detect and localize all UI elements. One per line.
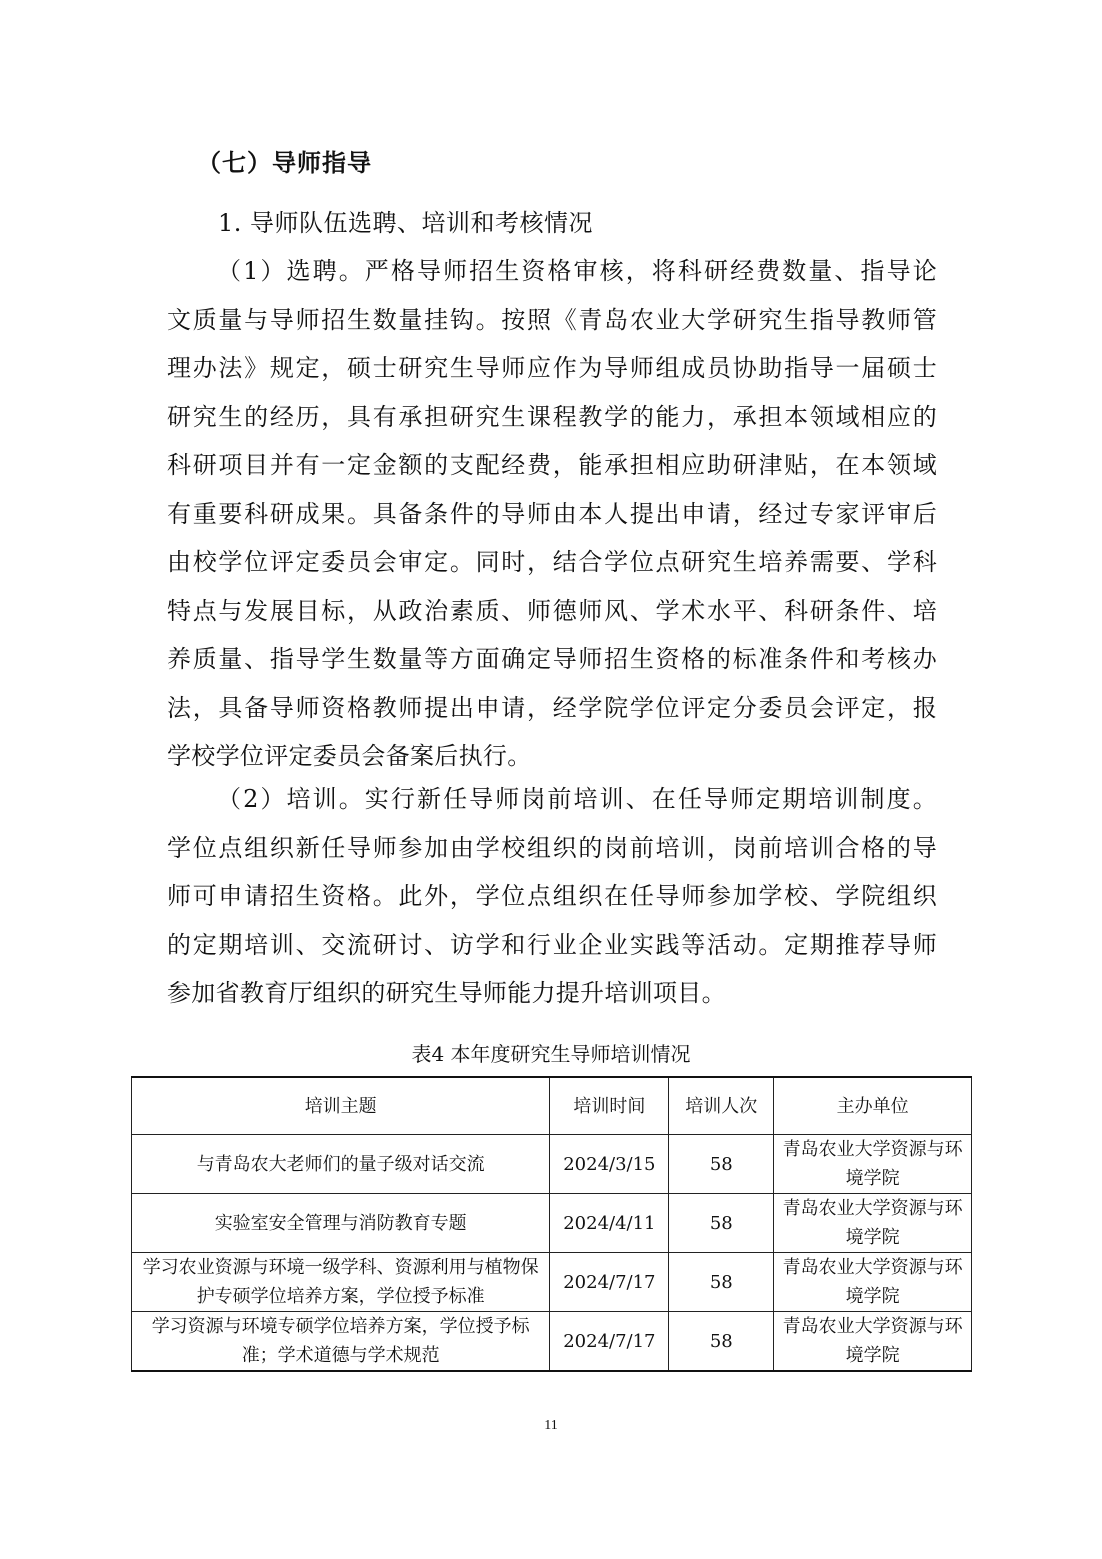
- text-line: 研究生的经历，具有承担研究生课程教学的能力，承担本领域相应的: [167, 393, 937, 442]
- paragraph-selection: （1）选聘。严格导师招生资格审核，将科研经费数量、指导论 文质量与导师招生数量挂…: [167, 247, 937, 781]
- cell-date: 2024/4/11: [550, 1194, 669, 1253]
- cell-count: 58: [669, 1253, 774, 1312]
- text-line: （1）选聘。严格导师招生资格审核，将科研经费数量、指导论: [167, 247, 937, 296]
- text-line: 学位点组织新任导师参加由学校组织的岗前培训，岗前培训合格的导: [167, 824, 937, 873]
- header-topic: 培训主题: [132, 1077, 550, 1135]
- cell-topic: 学习农业资源与环境一级学科、资源利用与植物保护专硕学位培养方案，学位授予标准: [132, 1253, 550, 1312]
- cell-organizer: 青岛农业大学资源与环境学院: [774, 1253, 972, 1312]
- text-line: 参加省教育厅组织的研究生导师能力提升培训项目。: [167, 969, 937, 1018]
- cell-topic: 实验室安全管理与消防教育专题: [132, 1194, 550, 1253]
- text-line: 学校学位评定委员会备案后执行。: [167, 732, 937, 781]
- text-line: 科研项目并有一定金额的支配经费，能承担相应助研津贴，在本领域: [167, 441, 937, 490]
- cell-date: 2024/7/17: [550, 1253, 669, 1312]
- header-organizer: 主办单位: [774, 1077, 972, 1135]
- training-table: 培训主题 培训时间 培训人次 主办单位 与青岛农大老师们的量子级对话交流 202…: [131, 1076, 972, 1372]
- cell-date: 2024/7/17: [550, 1312, 669, 1372]
- table-caption: 表4 本年度研究生导师培训情况: [0, 1038, 1102, 1067]
- section-heading: （七）导师指导: [197, 143, 372, 178]
- table-row: 学习农业资源与环境一级学科、资源利用与植物保护专硕学位培养方案，学位授予标准 2…: [132, 1253, 972, 1312]
- table-row: 学习资源与环境专硕学位培养方案，学位授予标准；学术道德与学术规范 2024/7/…: [132, 1312, 972, 1372]
- table-header-row: 培训主题 培训时间 培训人次 主办单位: [132, 1077, 972, 1135]
- text-line: 法，具备导师资格教师提出申请，经学院学位评定分委员会评定，报: [167, 684, 937, 733]
- cell-count: 58: [669, 1312, 774, 1372]
- cell-organizer: 青岛农业大学资源与环境学院: [774, 1312, 972, 1372]
- cell-topic: 学习资源与环境专硕学位培养方案，学位授予标准；学术道德与学术规范: [132, 1312, 550, 1372]
- cell-count: 58: [669, 1194, 774, 1253]
- page-number: 11: [0, 1418, 1102, 1434]
- text-line: 特点与发展目标，从政治素质、师德师风、学术水平、科研条件、培: [167, 587, 937, 636]
- cell-topic: 与青岛农大老师们的量子级对话交流: [132, 1135, 550, 1194]
- text-line: 师可申请招生资格。此外，学位点组织在任导师参加学校、学院组织: [167, 872, 937, 921]
- cell-organizer: 青岛农业大学资源与环境学院: [774, 1135, 972, 1194]
- text-line: 理办法》规定，硕士研究生导师应作为导师组成员协助指导一届硕士: [167, 344, 937, 393]
- table-row: 与青岛农大老师们的量子级对话交流 2024/3/15 58 青岛农业大学资源与环…: [132, 1135, 972, 1194]
- text-line: （2）培训。实行新任导师岗前培训、在任导师定期培训制度。: [167, 775, 937, 824]
- subsection-heading: 1. 导师队伍选聘、培训和考核情况: [218, 203, 593, 238]
- header-count: 培训人次: [669, 1077, 774, 1135]
- cell-date: 2024/3/15: [550, 1135, 669, 1194]
- cell-count: 58: [669, 1135, 774, 1194]
- text-line: 文质量与导师招生数量挂钩。按照《青岛农业大学研究生指导教师管: [167, 296, 937, 345]
- text-line: 的定期培训、交流研讨、访学和行业企业实践等活动。定期推荐导师: [167, 921, 937, 970]
- header-date: 培训时间: [550, 1077, 669, 1135]
- text-line: 由校学位评定委员会审定。同时，结合学位点研究生培养需要、学科: [167, 538, 937, 587]
- table-row: 实验室安全管理与消防教育专题 2024/4/11 58 青岛农业大学资源与环境学…: [132, 1194, 972, 1253]
- text-line: 有重要科研成果。具备条件的导师由本人提出申请，经过专家评审后: [167, 490, 937, 539]
- text-line: 养质量、指导学生数量等方面确定导师招生资格的标准条件和考核办: [167, 635, 937, 684]
- paragraph-training: （2）培训。实行新任导师岗前培训、在任导师定期培训制度。 学位点组织新任导师参加…: [167, 775, 937, 1018]
- cell-organizer: 青岛农业大学资源与环境学院: [774, 1194, 972, 1253]
